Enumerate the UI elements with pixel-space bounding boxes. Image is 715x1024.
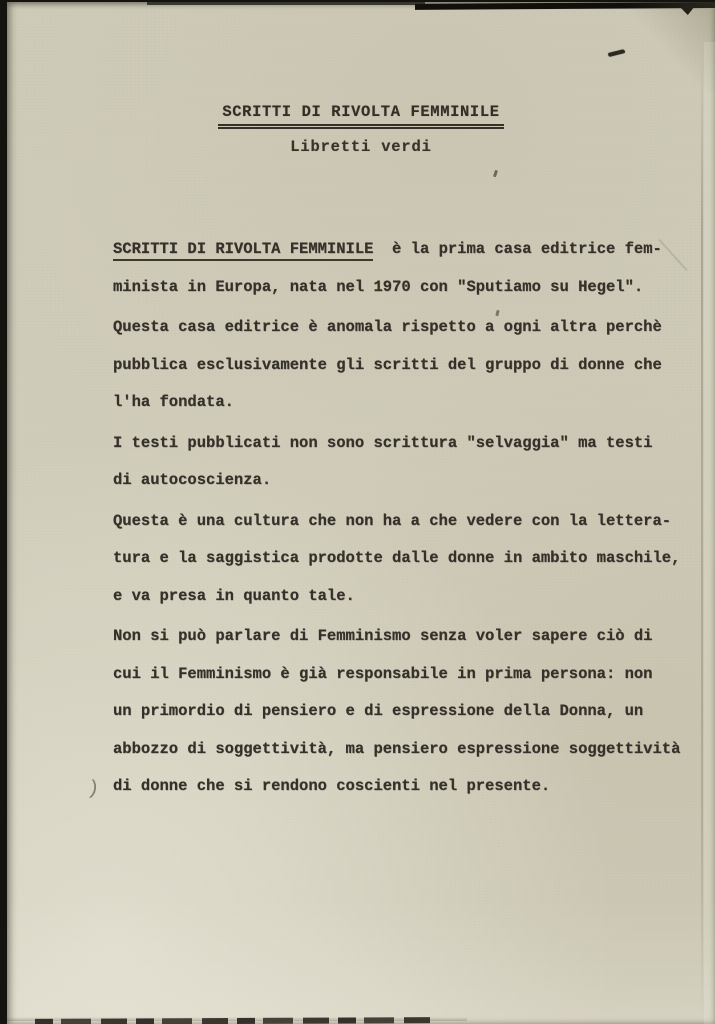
paragraph: Questa è una cultura che non ha a che ve… [113,503,715,616]
line-text: minista in Europa, nata nel 1970 con "Sp… [113,278,643,296]
underlined-lead: SCRITTI DI RIVOLTA FEMMINILE [113,240,373,261]
line-text: un primordio di pensiero e di espression… [113,702,643,720]
line-text: Questa casa editrice è anomala rispetto … [113,318,662,336]
text-line: pubblica esclusivamente gli scritti del … [113,347,715,385]
line-text: è la prima casa editrice fem- [373,240,661,258]
scan-edge-top-thin [147,2,425,5]
text-line: SCRITTI DI RIVOLTA FEMMINILE è la prima … [113,231,715,269]
vertical-crease-highlight [704,42,715,1024]
document-subtitle: Libretti verdi [7,137,715,157]
text-line: un primordio di pensiero e di espression… [113,693,715,731]
line-text: l'ha fondata. [113,393,234,411]
line-text: tura e la saggistica prodotte dalle donn… [113,549,680,567]
paragraph: SCRITTI DI RIVOLTA FEMMINILE è la prima … [113,231,715,306]
line-text: Questa è una cultura che non ha a che ve… [113,512,671,530]
vertical-crease [701,52,703,1024]
text-line: tura e la saggistica prodotte dalle donn… [113,540,715,578]
text-line: minista in Europa, nata nel 1970 con "Sp… [113,269,715,307]
line-text: pubblica esclusivamente gli scritti del … [113,356,662,374]
line-text: di donne che si rendono coscienti nel pr… [113,777,550,795]
paragraph: I testi pubblicati non sono scrittura "s… [113,425,715,500]
line-text: I testi pubblicati non sono scrittura "s… [113,434,653,452]
line-text: di autocoscienza. [113,471,271,489]
line-text: Non si può parlare di Femminismo senza v… [113,627,653,645]
bottom-page-edge-marks [35,1017,430,1024]
text-line: Non si può parlare di Femminismo senza v… [113,618,715,656]
document-content: SCRITTI DI RIVOLTA FEMMINILE Libretti ve… [7,2,715,809]
text-line: abbozzo di soggettività, ma pensiero esp… [113,731,715,769]
text-line: l'ha fondata. [113,384,715,422]
scanned-document: SCRITTI DI RIVOLTA FEMMINILE Libretti ve… [0,0,715,1024]
corner-fold-shadow [585,2,715,92]
text-line: I testi pubblicati non sono scrittura "s… [113,425,715,463]
paragraph: Non si può parlare di Femminismo senza v… [113,618,715,806]
text-line: e va presa in quanto tale. [113,578,715,616]
line-text: abbozzo di soggettività, ma pensiero esp… [113,740,680,758]
line-text: cui il Femminismo è già responsabile in … [113,665,653,683]
paragraph: Questa casa editrice è anomala rispetto … [113,309,715,422]
document-title: SCRITTI DI RIVOLTA FEMMINILE [218,102,503,129]
text-line: di autocoscienza. [113,462,715,500]
title-block: SCRITTI DI RIVOLTA FEMMINILE [7,102,715,129]
line-text: e va presa in quanto tale. [113,587,355,605]
document-body: SCRITTI DI RIVOLTA FEMMINILE è la prima … [113,231,715,806]
paper-sheet: SCRITTI DI RIVOLTA FEMMINILE Libretti ve… [7,2,715,1024]
text-line: di donne che si rendono coscienti nel pr… [113,768,715,806]
text-line: Questa casa editrice è anomala rispetto … [113,309,715,347]
text-line: cui il Femminismo è già responsabile in … [113,656,715,694]
text-line: Questa è una cultura che non ha a che ve… [113,503,715,541]
